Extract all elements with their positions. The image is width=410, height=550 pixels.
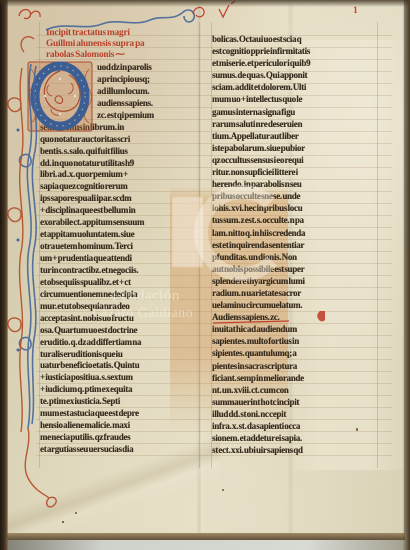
manuscript-text-line: uelaminu circumuelatum. [212,299,380,311]
manuscript-text-line: ficiant. semp in meliorande [212,372,380,384]
manuscript-text-line: bolicas. Octaui uo est scia q [212,33,380,45]
manuscript-text-line: me necia putilis. qz fraudes [40,432,200,444]
manuscript-text-line: ritur. non supficiei littere i [212,166,380,178]
photo-edge-top [0,0,410,7]
background-below-page [0,540,410,550]
manuscript-text-line: dd. in quo notatur utilitas h9 [40,158,200,170]
photo-edge-left [0,0,8,550]
manuscript-text-line: sciam. addit et dolorem. Ulti [212,81,380,93]
manuscript-text-line: osa. Quartum uo est doctrine [40,325,200,337]
manuscript-text-line: Guillmi alunensis supra pa [46,39,200,50]
manuscript-text-line: inuitat hic ad audiendum [212,323,380,335]
parchment-speck [222,489,224,491]
watermark-text-line1: Fundación [112,288,180,305]
manuscript-text-line: summauerint ho tc incipit [212,396,380,408]
manuscript-text-line: iste pabolarum. siue pubior [212,142,380,154]
manuscript-text-line: + iusticia positiua. s. sextum [40,372,200,384]
manuscript-text-line: st ect. xxi. ubi uir sapiens qd [212,444,380,456]
manuscript-text-line: mum est astucia que est depre [40,408,200,420]
parchment-speck [62,521,64,523]
manuscript-text-line: hensio aliene malicie. maxi [40,420,200,432]
parchment-speck [75,512,77,514]
manuscript-text-line: Incipit tractatus magri [46,28,200,39]
manuscript-text-line: quo notatur auctoritas scri [40,134,200,146]
manuscript-text-line: illud dd. st oni. nc cepit [212,408,380,420]
manuscript-text-line: + iudicium q. ptim ex equita [40,384,200,396]
rubric-incipit: Incipit tractatus magriGuillmi alunensis… [46,28,200,62]
manuscript-text-line: sapia quez cognitio rerum [40,181,200,193]
manuscript-text-line: sapientes. multo fortius in [212,335,380,347]
manuscript-text-line: turalis eruditionis que iu [40,349,200,361]
manuscript-text-line: mum uo + intellectus quo le [212,93,380,105]
manuscript-text-line: gamus interna signa figu [212,106,380,118]
manuscript-text-line: rarum saluti nre deseruien [212,118,380,130]
manuscript-text-line: est cognitio pprie infirmitatis [212,45,380,57]
manuscript-text-line: sionem. et addetur ei sapia. [212,432,380,444]
manuscript-text-line: et argutias seu uersucias dia [40,444,200,456]
manuscript-text-line: sumus. de qua s. Qui apponit [212,69,380,81]
manuscript-text-line: uatur beneficio etatis. Quintu [40,360,200,372]
manuscript-text-line: Audiens sapiens. zc. [212,311,380,323]
manuscript-text-line: eruditio. q. dz ad differtiam na [40,337,200,349]
manuscript-text-line: libri. ad .x. quor pemium + [40,169,200,181]
parchment-speck [356,428,358,431]
manuscript-text-line: rabolas Salomonis ⁓ [46,50,200,61]
manuscript-text-line: tium. Appellatur aut liber [212,130,380,142]
manuscript-photo: { "page": { "folio_number": "1", "descri… [0,0,410,550]
manuscript-text-line: pientes in sacra scriptura [212,360,380,372]
manuscript-text-line: sipientes. quantulumq; a [212,347,380,359]
manuscript-text-line: te. ptim ex iusticia. Septi [40,396,200,408]
manuscript-text-line: et miserie. et periculor i quib9 [212,57,380,69]
manuscript-text-line: qz occultus sensus i eo requi [212,154,380,166]
photo-edge-right [401,0,410,550]
manuscript-text-line: infra. x. st. da sapienti occa [212,420,380,432]
watermark-text-line2: Lázaro Galdiano [92,306,193,322]
manuscript-text-line: bentis. s. salo. qui fuit filius [40,146,200,158]
watermark-logo-ring [190,180,300,290]
illuminated-initial-q-icon [27,61,93,132]
manuscript-text-line: nt. un. xviii. ct. cum con [212,384,380,396]
folio-number: 1 [353,6,358,16]
